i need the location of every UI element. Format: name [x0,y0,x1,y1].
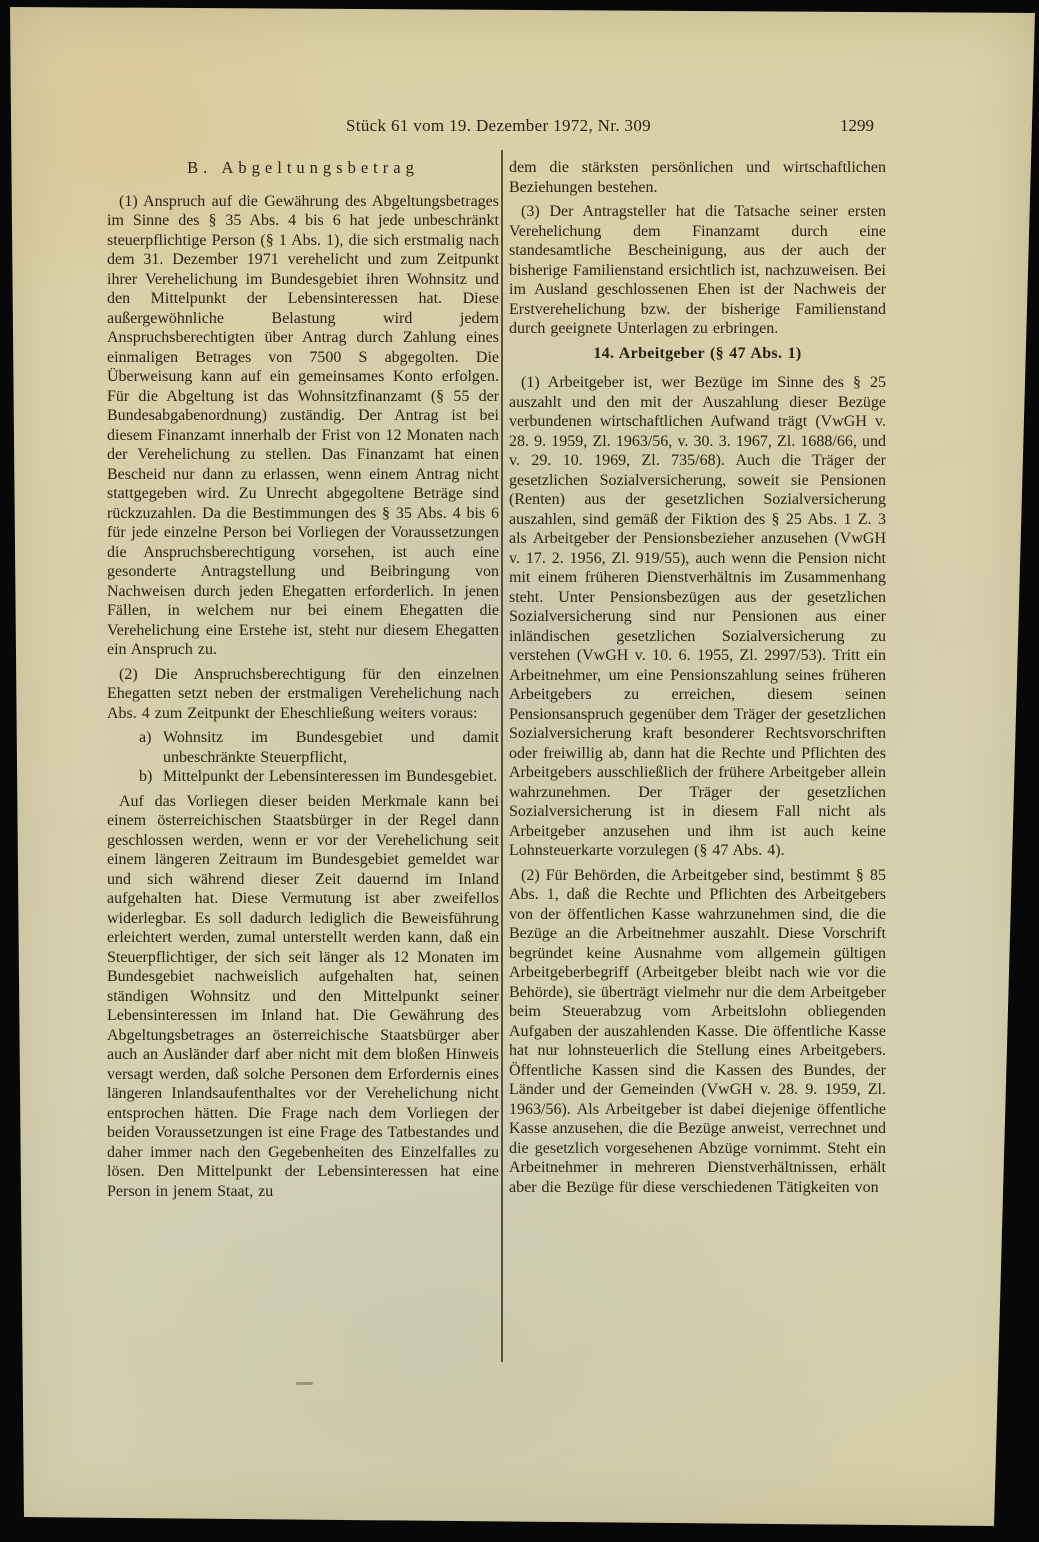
paragraph-merkmale: Auf das Vorliegen dieser beiden Merkmale… [107,792,499,1202]
list-marker-a: a) [139,728,151,748]
paragraph-abs2: (2) Die Anspruchsberechtigung für den ei… [107,665,499,724]
print-mark [296,1382,313,1385]
page-content: Stück 61 vom 19. Dezember 1972, Nr. 309 … [107,114,890,1201]
paragraph-arbeitgeber-abs2: (2) Für Behörden, die Arbeitgeber sind, … [509,866,886,1198]
page-number: 1299 [840,114,874,138]
page-header: Stück 61 vom 19. Dezember 1972, Nr. 309 … [107,114,890,138]
list-text-b: Mittelpunkt der Lebensinteressen im Bund… [163,768,497,785]
text-columns: B. Abgeltungsbetrag (1) Anspruch auf die… [107,158,890,1201]
left-column: B. Abgeltungsbetrag (1) Anspruch auf die… [107,158,499,1201]
condition-list: a) Wohnsitz im Bundesgebiet und damit un… [107,728,499,787]
section-heading-abgeltungsbetrag: B. Abgeltungsbetrag [107,158,499,178]
paragraph-abs1: (1) Anspruch auf die Gewährung des Abgel… [107,192,499,660]
paragraph-arbeitgeber-abs1: (1) Arbeitgeber ist, wer Bezüge im Sinne… [509,373,886,861]
paragraph-abs3: (3) Der Antragsteller hat die Tatsache s… [509,202,886,339]
list-item-a: a) Wohnsitz im Bundesgebiet und damit un… [107,728,499,767]
scanned-page: Stück 61 vom 19. Dezember 1972, Nr. 309 … [0,0,1039,1542]
list-text-a: Wohnsitz im Bundesgebiet und damit unbes… [163,729,499,766]
section-heading-arbeitgeber: 14. Arbeitgeber (§ 47 Abs. 1) [509,344,886,364]
paragraph-continuation: dem die stärksten persönlichen und wirts… [509,158,886,197]
list-marker-b: b) [139,767,152,787]
list-item-b: b) Mittelpunkt der Lebensinteressen im B… [107,767,499,787]
running-title: Stück 61 vom 19. Dezember 1972, Nr. 309 [107,114,890,138]
right-column: dem die stärksten persönlichen und wirts… [509,158,886,1201]
